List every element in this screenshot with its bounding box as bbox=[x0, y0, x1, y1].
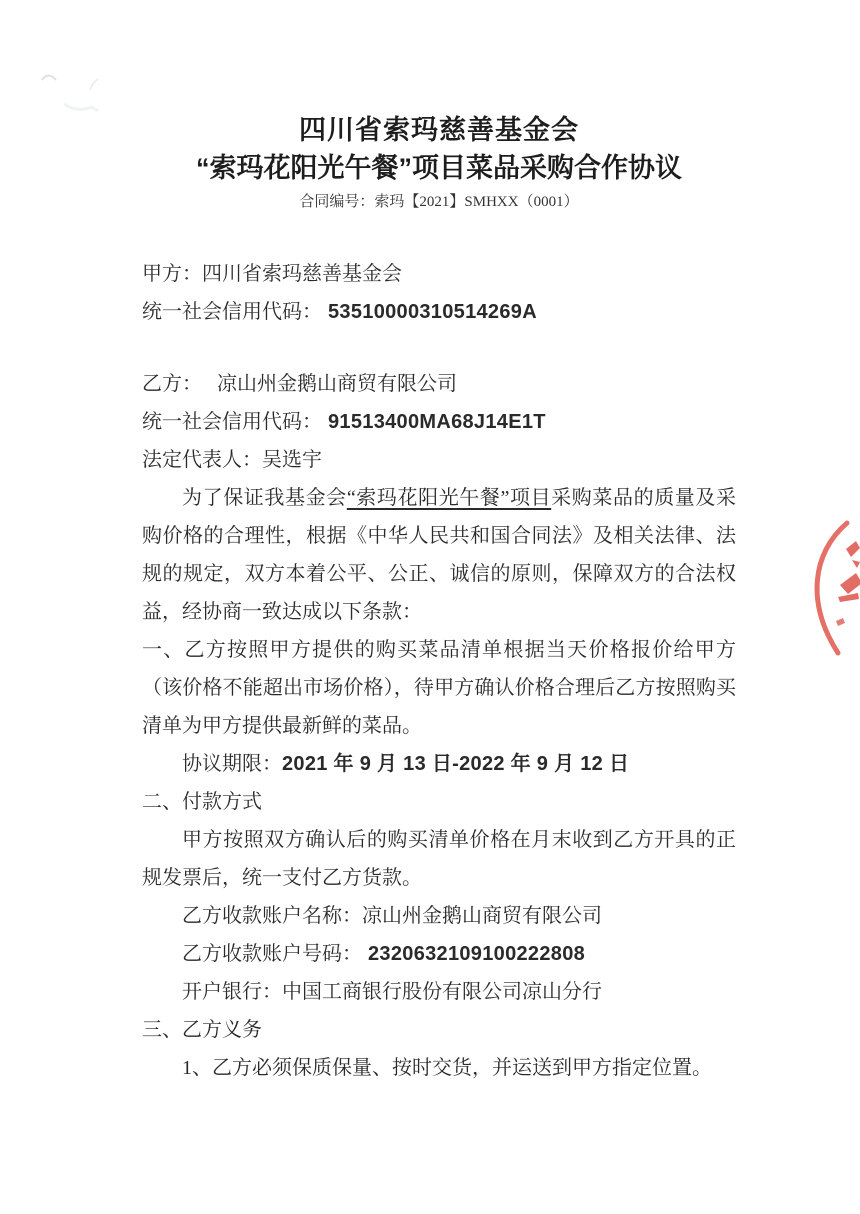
seal-text-fragment bbox=[836, 618, 845, 626]
account-number-value: 2320632109100222808 bbox=[368, 943, 585, 965]
legal-rep-name: 吴选宇 bbox=[262, 449, 322, 471]
party-a-credit-line: 统一社会信用代码：53510000310514269A bbox=[142, 293, 736, 331]
party-a-line: 甲方：四川省索玛慈善基金会 bbox=[142, 255, 736, 293]
party-a-credit-code: 53510000310514269A bbox=[328, 301, 537, 323]
clause-2-paragraph: 甲方按照双方确认后的购买清单价格在月末收到乙方开具的正规发票后，统一支付乙方货款… bbox=[142, 821, 736, 897]
bank-name: 中国工商银行股份有限公司凉山分行 bbox=[282, 981, 602, 1003]
party-a-credit-label: 统一社会信用代码： bbox=[142, 301, 322, 323]
account-name-label: 乙方收款账户名称： bbox=[182, 905, 362, 927]
party-a-name: 四川省索玛慈善基金会 bbox=[202, 263, 402, 285]
doc-subtitle: “索玛花阳光午餐”项目菜品采购合作协议 bbox=[142, 150, 736, 186]
doc-title: 四川省索玛慈善基金会 bbox=[142, 112, 736, 148]
preamble-underlined-project: “索玛花阳光午餐”项目 bbox=[347, 487, 551, 509]
party-b-line: 乙方：凉山州金鹅山商贸有限公司 bbox=[142, 365, 736, 403]
term-line: 协议期限：2021 年 9 月 13 日-2022 年 9 月 12 日 bbox=[142, 745, 736, 783]
term-label: 协议期限： bbox=[182, 753, 282, 775]
contract-body: 甲方：四川省索玛慈善基金会 统一社会信用代码：53510000310514269… bbox=[142, 255, 736, 1087]
party-b-credit-code: 91513400MA68J14E1T bbox=[328, 411, 546, 433]
seal-text-fragment bbox=[846, 541, 860, 568]
clause-3-item-1: 1、乙方必须保质保量、按时交货，并运送到甲方指定位置。 bbox=[142, 1049, 736, 1087]
clause-3-heading: 三、乙方义务 bbox=[142, 1011, 736, 1049]
pen-mark-artifact bbox=[18, 52, 138, 127]
party-b-label: 乙方： bbox=[142, 373, 202, 395]
term-value: 2021 年 9 月 13 日-2022 年 9 月 12 日 bbox=[282, 753, 629, 775]
party-b-credit-label: 统一社会信用代码： bbox=[142, 411, 322, 433]
bank-label: 开户银行： bbox=[182, 981, 282, 1003]
red-seal-stamp bbox=[800, 505, 860, 665]
seal-text-fragment bbox=[838, 573, 860, 602]
clause-1-paragraph: 一、乙方按照甲方提供的购买菜品清单根据当天价格报价给甲方（该价格不能超出市场价格… bbox=[142, 631, 736, 745]
account-name-value: 凉山州金鹅山商贸有限公司 bbox=[362, 905, 602, 927]
party-a-label: 甲方： bbox=[142, 263, 202, 285]
contract-number: 合同编号：索玛【2021】SMHXX（0001） bbox=[142, 191, 736, 213]
account-name-line: 乙方收款账户名称：凉山州金鹅山商贸有限公司 bbox=[142, 897, 736, 935]
preamble-paragraph: 为了保证我基金会“索玛花阳光午餐”项目采购菜品的质量及采购价格的合理性，根据《中… bbox=[142, 479, 736, 631]
bank-line: 开户银行：中国工商银行股份有限公司凉山分行 bbox=[142, 973, 736, 1011]
party-b-name: 凉山州金鹅山商贸有限公司 bbox=[217, 373, 457, 395]
scanned-contract-page: 四川省索玛慈善基金会 “索玛花阳光午餐”项目菜品采购合作协议 合同编号：索玛【2… bbox=[0, 0, 860, 1214]
account-number-line: 乙方收款账户号码：2320632109100222808 bbox=[142, 935, 736, 973]
account-number-label: 乙方收款账户号码： bbox=[182, 943, 362, 965]
party-b-credit-line: 统一社会信用代码：91513400MA68J14E1T bbox=[142, 403, 736, 441]
legal-rep-label: 法定代表人： bbox=[142, 449, 262, 471]
clause-2-heading: 二、付款方式 bbox=[142, 783, 736, 821]
legal-rep-line: 法定代表人：吴选宇 bbox=[142, 441, 736, 479]
preamble-before: 为了保证我基金会 bbox=[182, 487, 347, 509]
